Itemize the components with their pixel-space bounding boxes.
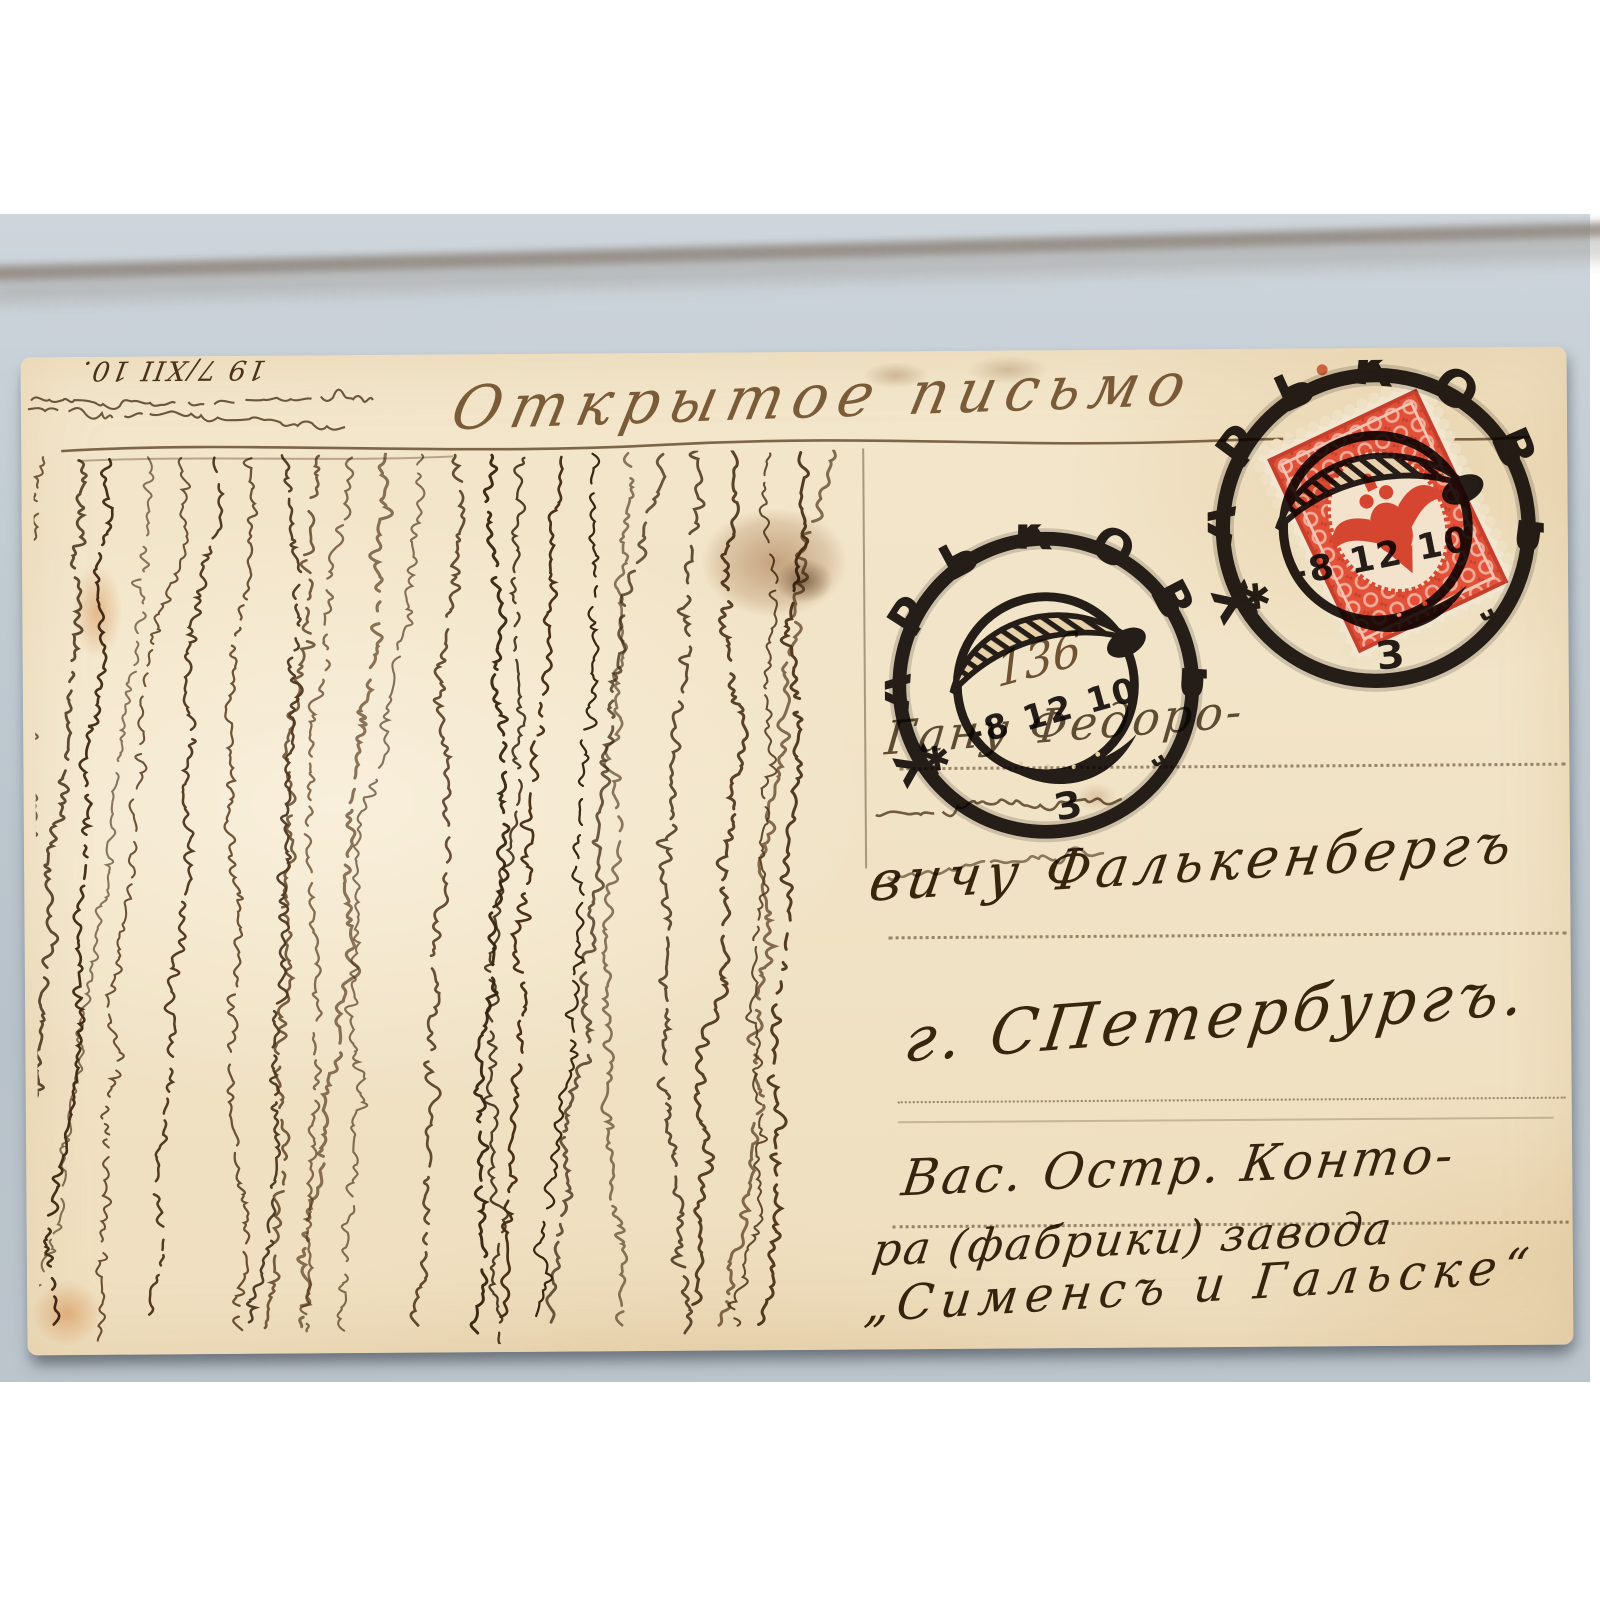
- postmark-star: ✱: [1239, 575, 1273, 619]
- photo-backdrop: 19 7/XII 10. Открытое письмо: [0, 0, 1600, 1600]
- postmark-kharkov-right: ХАРЬКОВЪ -8 12 10 З ч ✱: [1207, 359, 1545, 697]
- postcard: 19 7/XII 10. Открытое письмо: [21, 347, 1574, 1356]
- postmark-serial-letter: З: [1374, 632, 1406, 680]
